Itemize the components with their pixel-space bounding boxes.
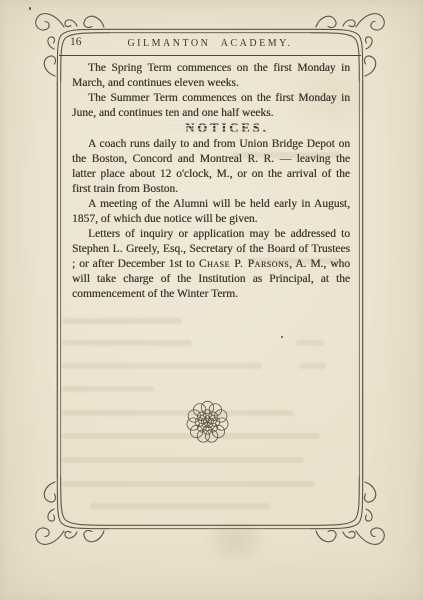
ink-speck — [29, 7, 31, 10]
book-page: { "colors": { "paper": "#e9e0cb", "ink":… — [0, 0, 423, 600]
rosette-ornament — [187, 401, 228, 442]
corner-ornament-bottom-left — [36, 477, 109, 544]
spring-term-paragraph: The Spring Term commences on the first M… — [72, 61, 350, 91]
heading-shading — [168, 123, 269, 135]
principal-name: Chase P. Parsons — [199, 258, 289, 270]
corner-ornament-bottom-right — [311, 477, 384, 544]
summer-term-paragraph: The Summer Term commences on the first M… — [72, 91, 350, 121]
coach-paragraph: A coach runs daily to and from Union Bri… — [72, 137, 350, 197]
notices-heading-row: NOTICES. — [72, 121, 350, 137]
page-body: The Spring Term commences on the first M… — [72, 61, 350, 302]
running-header: GILMANTON ACADEMY. — [59, 38, 361, 49]
letters-paragraph: Letters of inquiry or application may be… — [72, 227, 350, 302]
alumni-paragraph: A meeting of the Alumni will be held ear… — [72, 197, 350, 227]
ink-speck — [281, 336, 283, 338]
header-rule — [59, 55, 361, 56]
notices-heading: NOTICES. — [169, 121, 268, 136]
